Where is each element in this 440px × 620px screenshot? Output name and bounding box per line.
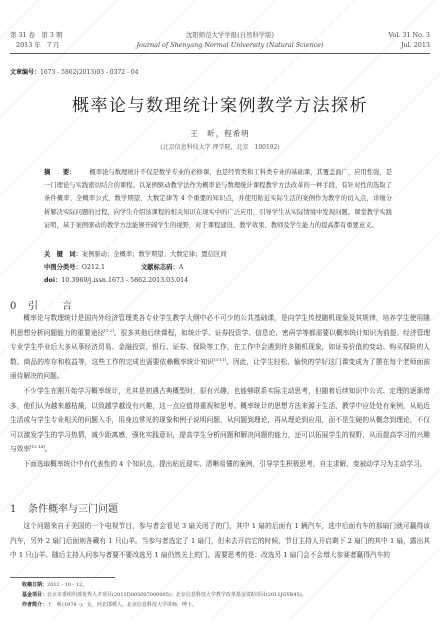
abstract: 摘 要：概率论与数理统计不仅是数学专业的必修课，也是经管类和工科类专业的基础课，…: [44, 166, 392, 232]
footnote-fund: 基金项目：北京市委组织部优秀人才项目(2011D005007000005)；北京…: [22, 591, 432, 601]
footnote-received: 收稿日期：2012 - 10 - 12。: [22, 581, 432, 591]
paragraph: 这个问题来自于美国的一个电视节目，参与者会看见 3 扇关闭了的门，其中 1 扇的…: [10, 519, 430, 563]
section-heading-introduction: 0引言: [10, 297, 72, 312]
article-number-value: 1673 - 5862(2013)03 - 0372 - 04: [40, 69, 139, 76]
keywords: 关 键 词：案例驱动；全概率；数学期望；大数定律；置信区间: [44, 249, 227, 258]
header-date: 2013 年 7 月: [10, 40, 62, 50]
doi-value: 10.3969/j.issn.1673 - 5862.2013.03.014: [61, 277, 188, 284]
section-number: 1: [10, 504, 28, 515]
journal-page: 第 31 卷 第 3 期 2013 年 7 月 沈阳师范大学学报(自然科学版) …: [0, 0, 440, 620]
citation: [1-2]: [104, 327, 114, 332]
paragraph-text: 这个问题来自于美国的一个电视节目，参与者会看见 3 扇关闭了的门，其中 1 扇的…: [10, 522, 430, 559]
citation: [12-14]: [30, 444, 45, 449]
header-volume-issue: 第 31 卷 第 3 期 2013 年 7 月: [10, 30, 62, 50]
citation: [3-11]: [214, 357, 226, 362]
paragraph: 概率论与数理统计是国内外经济管理类各专业学生教学大纲中必不可少的公共基础课，是向…: [10, 311, 430, 384]
paragraph-text: 下面选取概率统计中有代表性的 4 个知识点，提出贴近现实、清晰易懂的案例，引导学…: [23, 460, 426, 468]
clc-label: 中图分类号：: [44, 264, 82, 271]
running-header: 第 31 卷 第 3 期 2013 年 7 月 沈阳师范大学学报(自然科学版) …: [10, 30, 430, 52]
section-heading-conditional-probability: 1条件概率与三门问题: [10, 500, 118, 515]
header-volume: 第 31 卷 第 3 期: [10, 30, 62, 40]
paper-authors: 王 昕，程希明: [0, 128, 440, 139]
section-body-introduction: 概率论与数理统计是国内外经济管理类各专业学生教学大纲中必不可少的公共基础课，是向…: [10, 311, 430, 472]
author-bio-label: 作者简介：: [22, 602, 47, 608]
header-month-year: Jul. 2013: [388, 40, 430, 50]
received-label: 收稿日期：: [22, 582, 47, 588]
header-volume-en: Vol. 31 No. 3 Jul. 2013: [388, 30, 430, 50]
section-body-conditional-probability: 这个问题来自于美国的一个电视节目，参与者会看见 3 扇关闭了的门，其中 1 扇的…: [10, 519, 430, 563]
classification: 中图分类号：O212.1文献标志码：A: [44, 262, 183, 271]
journal-name-en: Journal of Shenyang Normal University (N…: [110, 40, 350, 50]
section-title: 条件概率与三门问题: [28, 504, 118, 515]
article-number: 文章编号：1673 - 5862(2013)03 - 0372 - 04: [10, 67, 139, 76]
header-vol-no: Vol. 31 No. 3: [388, 30, 430, 40]
fund-label: 基金项目：: [22, 592, 47, 598]
footnote-author: 作者简介：王 昕(1978 -)，女，河北邯郸人，北京信息科技大学讲师，博士。: [22, 601, 432, 611]
paper-title: 概率论与数理统计案例教学方法探析: [0, 91, 440, 116]
abstract-text: 概率论与数理统计不仅是数学专业的必修课，也是经管类和工科类专业的基础课，其覆盖面…: [44, 169, 392, 229]
paper-affiliation: (北京信息科技大学 理学院，北京 100192): [0, 142, 440, 151]
fund-value: 北京市委组织部优秀人才项目(2011D005007000005)；北京信息科技大…: [47, 592, 307, 598]
header-divider: [10, 53, 430, 54]
header-journal-name: 沈阳师范大学学报(自然科学版) Journal of Shenyang Norm…: [110, 30, 350, 50]
paragraph-text: 不少学生在刚开始学习概率统计，尤其是初遇古典概型时，很有兴趣，也能够联系实际主动…: [10, 387, 430, 453]
footnotes: 收稿日期：2012 - 10 - 12。 基金项目：北京市委组织部优秀人才项目(…: [22, 581, 432, 610]
paragraph-text: 。: [45, 445, 52, 453]
section-title-part: 引: [28, 297, 62, 312]
doc-code-label: 文献标志码：: [141, 264, 179, 271]
keywords-value: 案例驱动；全概率；数学期望；大数定律；置信区间: [82, 251, 227, 258]
author-bio-value: 王 昕(1978 -)，女，河北邯郸人，北京信息科技大学讲师，博士。: [47, 602, 197, 608]
abstract-label: 摘 要：: [44, 169, 76, 176]
footnote-divider: [10, 577, 115, 578]
journal-name-cn: 沈阳师范大学学报(自然科学版): [110, 30, 350, 40]
paragraph: 下面选取概率统计中有代表性的 4 个知识点，提出贴近现实、清晰易懂的案例，引导学…: [10, 457, 430, 472]
doc-code-value: A: [179, 264, 184, 271]
paragraph: 不少学生在刚开始学习概率统计，尤其是初遇古典概型时，很有兴趣，也能够联系实际主动…: [10, 384, 430, 457]
doi: doi：10.3969/j.issn.1673 - 5862.2013.03.0…: [44, 275, 188, 284]
received-value: 2012 - 10 - 12。: [47, 582, 87, 588]
article-number-label: 文章编号：: [10, 69, 40, 76]
doi-label: doi：: [44, 277, 61, 284]
keywords-label: 关 键 词：: [44, 251, 82, 258]
clc-value: O212.1: [82, 264, 105, 271]
